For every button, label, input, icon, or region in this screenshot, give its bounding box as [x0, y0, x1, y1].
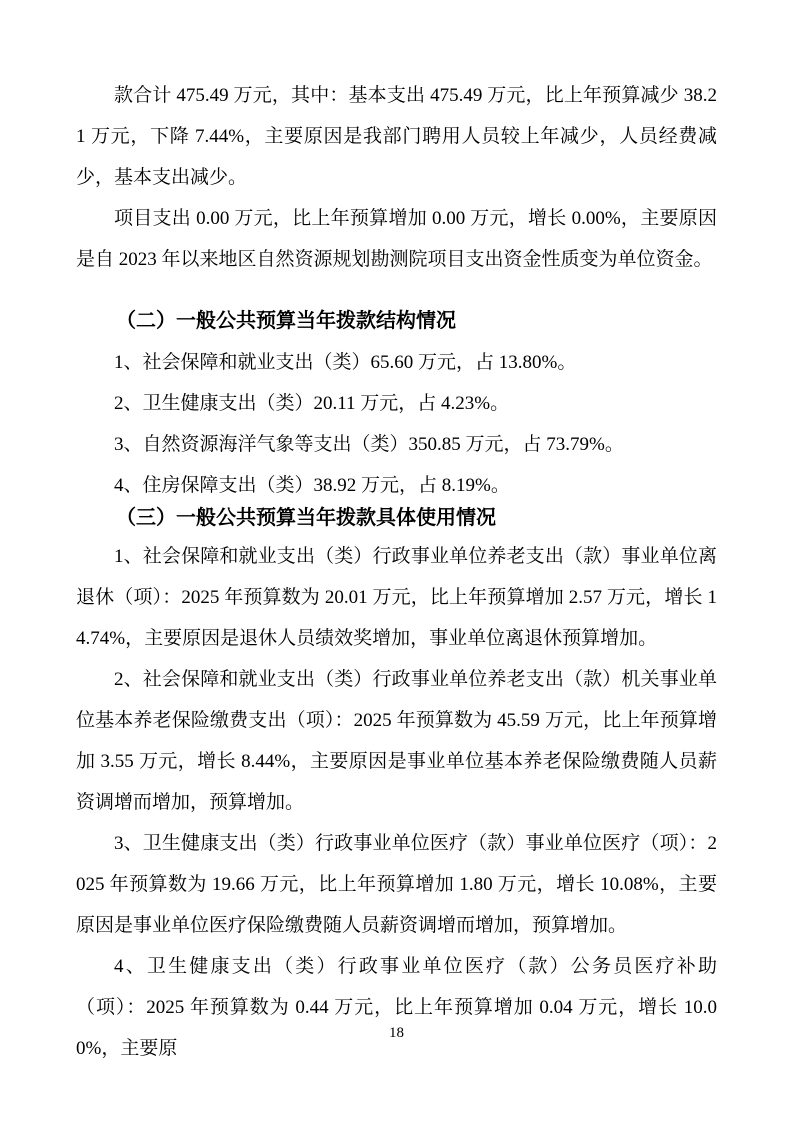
section-heading-allocation-usage: （三）一般公共预算当年拨款具体使用情况 [76, 500, 717, 536]
page-content: 款合计 475.49 万元，其中：基本支出 475.49 万元，比上年预算减少 … [76, 75, 717, 1069]
paragraph-usage-item-2-pension-insurance: 2、社会保障和就业支出（类）行政事业单位养老支出（款）机关事业单位基本养老保险缴… [76, 659, 717, 823]
paragraph-basic-expense-summary: 款合计 475.49 万元，其中：基本支出 475.49 万元，比上年预算减少 … [76, 75, 717, 198]
page-number: 18 [0, 1023, 793, 1043]
list-item-natural-resources-expense: 3、自然资源海洋气象等支出（类）350.85 万元，占 73.79%。 [76, 424, 717, 465]
paragraph-usage-item-4-medical-subsidy: 4、卫生健康支出（类）行政事业单位医疗（款）公务员医疗补助（项）：2025 年预… [76, 946, 717, 1069]
document-page: 款合计 475.49 万元，其中：基本支出 475.49 万元，比上年预算减少 … [0, 0, 793, 1122]
paragraph-usage-item-1-pension: 1、社会保障和就业支出（类）行政事业单位养老支出（款）事业单位离退休（项）：20… [76, 536, 717, 659]
list-item-social-security-expense: 1、社会保障和就业支出（类）65.60 万元，占 13.80%。 [76, 342, 717, 383]
paragraph-project-expense-summary: 项目支出 0.00 万元，比上年预算增加 0.00 万元，增长 0.00%，主要… [76, 198, 717, 280]
paragraph-usage-item-3-medical: 3、卫生健康支出（类）行政事业单位医疗（款）事业单位医疗（项）：2025 年预算… [76, 823, 717, 946]
list-item-health-expense: 2、卫生健康支出（类）20.11 万元，占 4.23%。 [76, 383, 717, 424]
section-heading-allocation-structure: （二）一般公共预算当年拨款结构情况 [76, 301, 717, 342]
